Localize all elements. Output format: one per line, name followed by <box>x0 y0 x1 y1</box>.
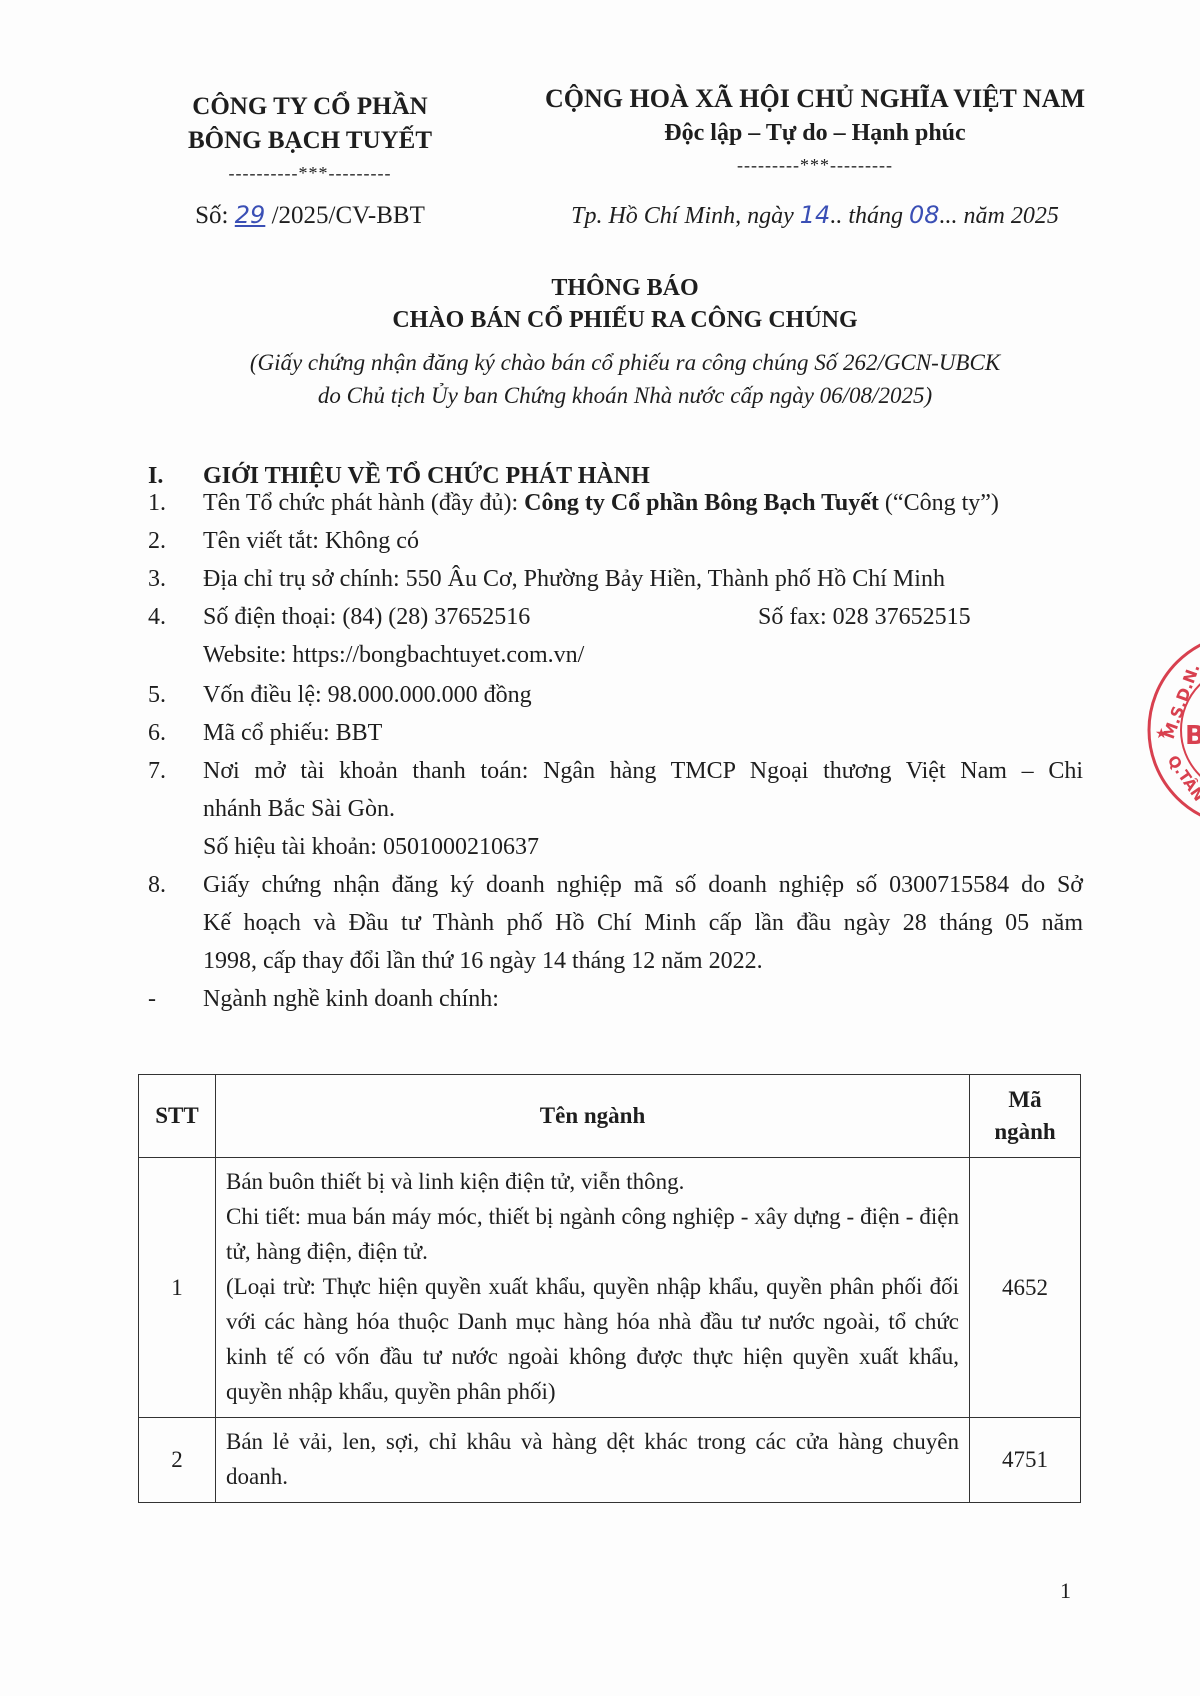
bank-line1: Nơi mở tài khoản thanh toán: Ngân hàng T… <box>203 752 1083 790</box>
item-number: 1. <box>148 484 203 522</box>
national-motto: Độc lập – Tự do – Hạnh phúc <box>525 116 1105 150</box>
date-prefix: Tp. Hồ Chí Minh, ngày <box>571 203 800 229</box>
left-separator: ----------***--------- <box>160 158 460 188</box>
header-name: Tên ngành <box>216 1075 970 1158</box>
header-stt: STT <box>139 1075 216 1158</box>
company-seal-icon: M.S.D.N. ★ Q.TÂN B <box>1145 630 1200 830</box>
phone-number: Số điện thoại: (84) (28) 37652516 <box>203 604 530 630</box>
list-item-registration: 8.Giấy chứng nhận đăng ký doanh nghiệp m… <box>148 866 1088 980</box>
title-line2: CHÀO BÁN CỔ PHIẾU RA CÔNG CHÚNG <box>150 304 1100 336</box>
item-text: Tên viết tắt: Không có <box>203 522 1083 560</box>
cell-code: 4652 <box>970 1158 1081 1418</box>
cell-name: Bán buôn thiết bị và linh kiện điện tử, … <box>216 1158 970 1418</box>
document-title: THÔNG BÁO CHÀO BÁN CỔ PHIẾU RA CÔNG CHÚN… <box>150 272 1100 336</box>
document-subtitle: (Giấy chứng nhận đăng ký chào bán cổ phi… <box>150 346 1100 412</box>
list-item-business-lines: -Ngành nghề kinh doanh chính: <box>148 980 1088 1018</box>
company-header: CÔNG TY CỔ PHẦN BÔNG BẠCH TUYẾT --------… <box>160 90 460 188</box>
row1-paragraph2: Chi tiết: mua bán máy móc, thiết bị ngàn… <box>226 1199 959 1269</box>
item-number: 8. <box>148 866 203 904</box>
cell-name: Bán lẻ vải, len, sợi, chỉ khâu và hàng d… <box>216 1418 970 1503</box>
dash-bullet: - <box>148 980 203 1018</box>
item-label: Tên Tổ chức phát hành (đầy đủ): <box>203 490 524 516</box>
cell-stt: 2 <box>139 1418 216 1503</box>
header-code: Mãngành <box>970 1075 1081 1158</box>
subtitle-line1: (Giấy chứng nhận đăng ký chào bán cổ phi… <box>150 346 1100 379</box>
cell-stt: 1 <box>139 1158 216 1418</box>
document-page: CÔNG TY CỔ PHẦN BÔNG BẠCH TUYẾT --------… <box>0 0 1200 1696</box>
page-number: 1 <box>1060 1578 1071 1604</box>
table-row: 1 Bán buôn thiết bị và linh kiện điện tử… <box>139 1158 1081 1418</box>
date-middle: .. tháng <box>830 203 909 229</box>
registration-line2: Kế hoạch và Đầu tư Thành phố Hồ Chí Minh… <box>203 904 1083 942</box>
doc-number-handwritten: 29 <box>235 201 266 229</box>
doc-number-suffix: /2025/CV-BBT <box>265 202 425 229</box>
row1-paragraph1: Bán buôn thiết bị và linh kiện điện tử, … <box>226 1164 959 1199</box>
item-tail: (“Công ty”) <box>879 490 999 516</box>
company-full-name: Công ty Cổ phần Bông Bạch Tuyết <box>524 490 879 516</box>
company-line1: CÔNG TY CỔ PHẦN <box>160 90 460 124</box>
bank-line2: nhánh Bắc Sài Gòn. <box>203 790 1083 828</box>
item-text: Vốn điều lệ: 98.000.000.000 đồng <box>203 676 1083 714</box>
national-header: CỘNG HOÀ XÃ HỘI CHỦ NGHĨA VIỆT NAM Độc l… <box>525 82 1105 180</box>
right-separator: ---------***--------- <box>525 150 1105 180</box>
date-month: 08 <box>909 201 940 229</box>
bank-account: Số hiệu tài khoản: 0501000210637 <box>203 828 1083 866</box>
svg-text:★: ★ <box>1155 726 1168 742</box>
item-text: Ngành nghề kinh doanh chính: <box>203 980 1083 1018</box>
row2-paragraph1: Bán lẻ vải, len, sợi, chỉ khâu và hàng d… <box>226 1424 959 1494</box>
list-item: 3.Địa chỉ trụ sở chính: 550 Âu Cơ, Phườn… <box>148 560 1088 598</box>
list-item-bank: 7.Nơi mở tài khoản thanh toán: Ngân hàng… <box>148 752 1088 866</box>
company-line2: BÔNG BẠCH TUYẾT <box>160 124 460 158</box>
row1-paragraph3: (Loại trừ: Thực hiện quyền xuất khẩu, qu… <box>226 1269 959 1409</box>
date-suffix: ... năm 2025 <box>940 203 1059 229</box>
list-item: 1.Tên Tổ chức phát hành (đầy đủ): Công t… <box>148 484 1088 522</box>
item-number: 2. <box>148 522 203 560</box>
table-header-row: STT Tên ngành Mãngành <box>139 1075 1081 1158</box>
country-name: CỘNG HOÀ XÃ HỘI CHỦ NGHĨA VIỆT NAM <box>525 82 1105 116</box>
subtitle-line2: do Chủ tịch Ủy ban Chứng khoán Nhà nước … <box>150 379 1100 412</box>
business-lines-table: STT Tên ngành Mãngành 1 Bán buôn thiết b… <box>138 1074 1081 1503</box>
svg-text:Q.TÂN: Q.TÂN <box>1164 751 1200 804</box>
website-link[interactable]: Website: https://bongbachtuyet.com.vn/ <box>203 642 584 668</box>
list-item: 2.Tên viết tắt: Không có <box>148 522 1088 560</box>
table-row: 2 Bán lẻ vải, len, sợi, chỉ khâu và hàng… <box>139 1418 1081 1503</box>
title-line1: THÔNG BÁO <box>150 272 1100 304</box>
fax-number: Số fax: 028 37652515 <box>758 598 971 636</box>
list-item-contact: 4.Số điện thoại: (84) (28) 37652516Số fa… <box>148 598 1088 674</box>
item-number: 7. <box>148 752 203 790</box>
date-day: 14 <box>800 201 831 229</box>
item-number: 6. <box>148 714 203 752</box>
cell-code: 4751 <box>970 1418 1081 1503</box>
svg-text:B: B <box>1185 721 1200 751</box>
item-number: 3. <box>148 560 203 598</box>
date-line: Tp. Hồ Chí Minh, ngày 14.. tháng 08... n… <box>525 201 1105 230</box>
registration-line1: Giấy chứng nhận đăng ký doanh nghiệp mã … <box>203 866 1083 904</box>
item-number: 4. <box>148 598 203 636</box>
item-text: Mã cổ phiếu: BBT <box>203 714 1083 752</box>
item-text: Địa chỉ trụ sở chính: 550 Âu Cơ, Phường … <box>203 560 1083 598</box>
list-item: 5.Vốn điều lệ: 98.000.000.000 đồng <box>148 676 1088 714</box>
document-number: Số: 29 /2025/CV-BBT <box>160 201 460 230</box>
registration-line3: 1998, cấp thay đổi lần thứ 16 ngày 14 th… <box>203 942 1083 980</box>
list-item: 6.Mã cổ phiếu: BBT <box>148 714 1088 752</box>
doc-number-prefix: Số: <box>195 202 235 229</box>
item-number: 5. <box>148 676 203 714</box>
